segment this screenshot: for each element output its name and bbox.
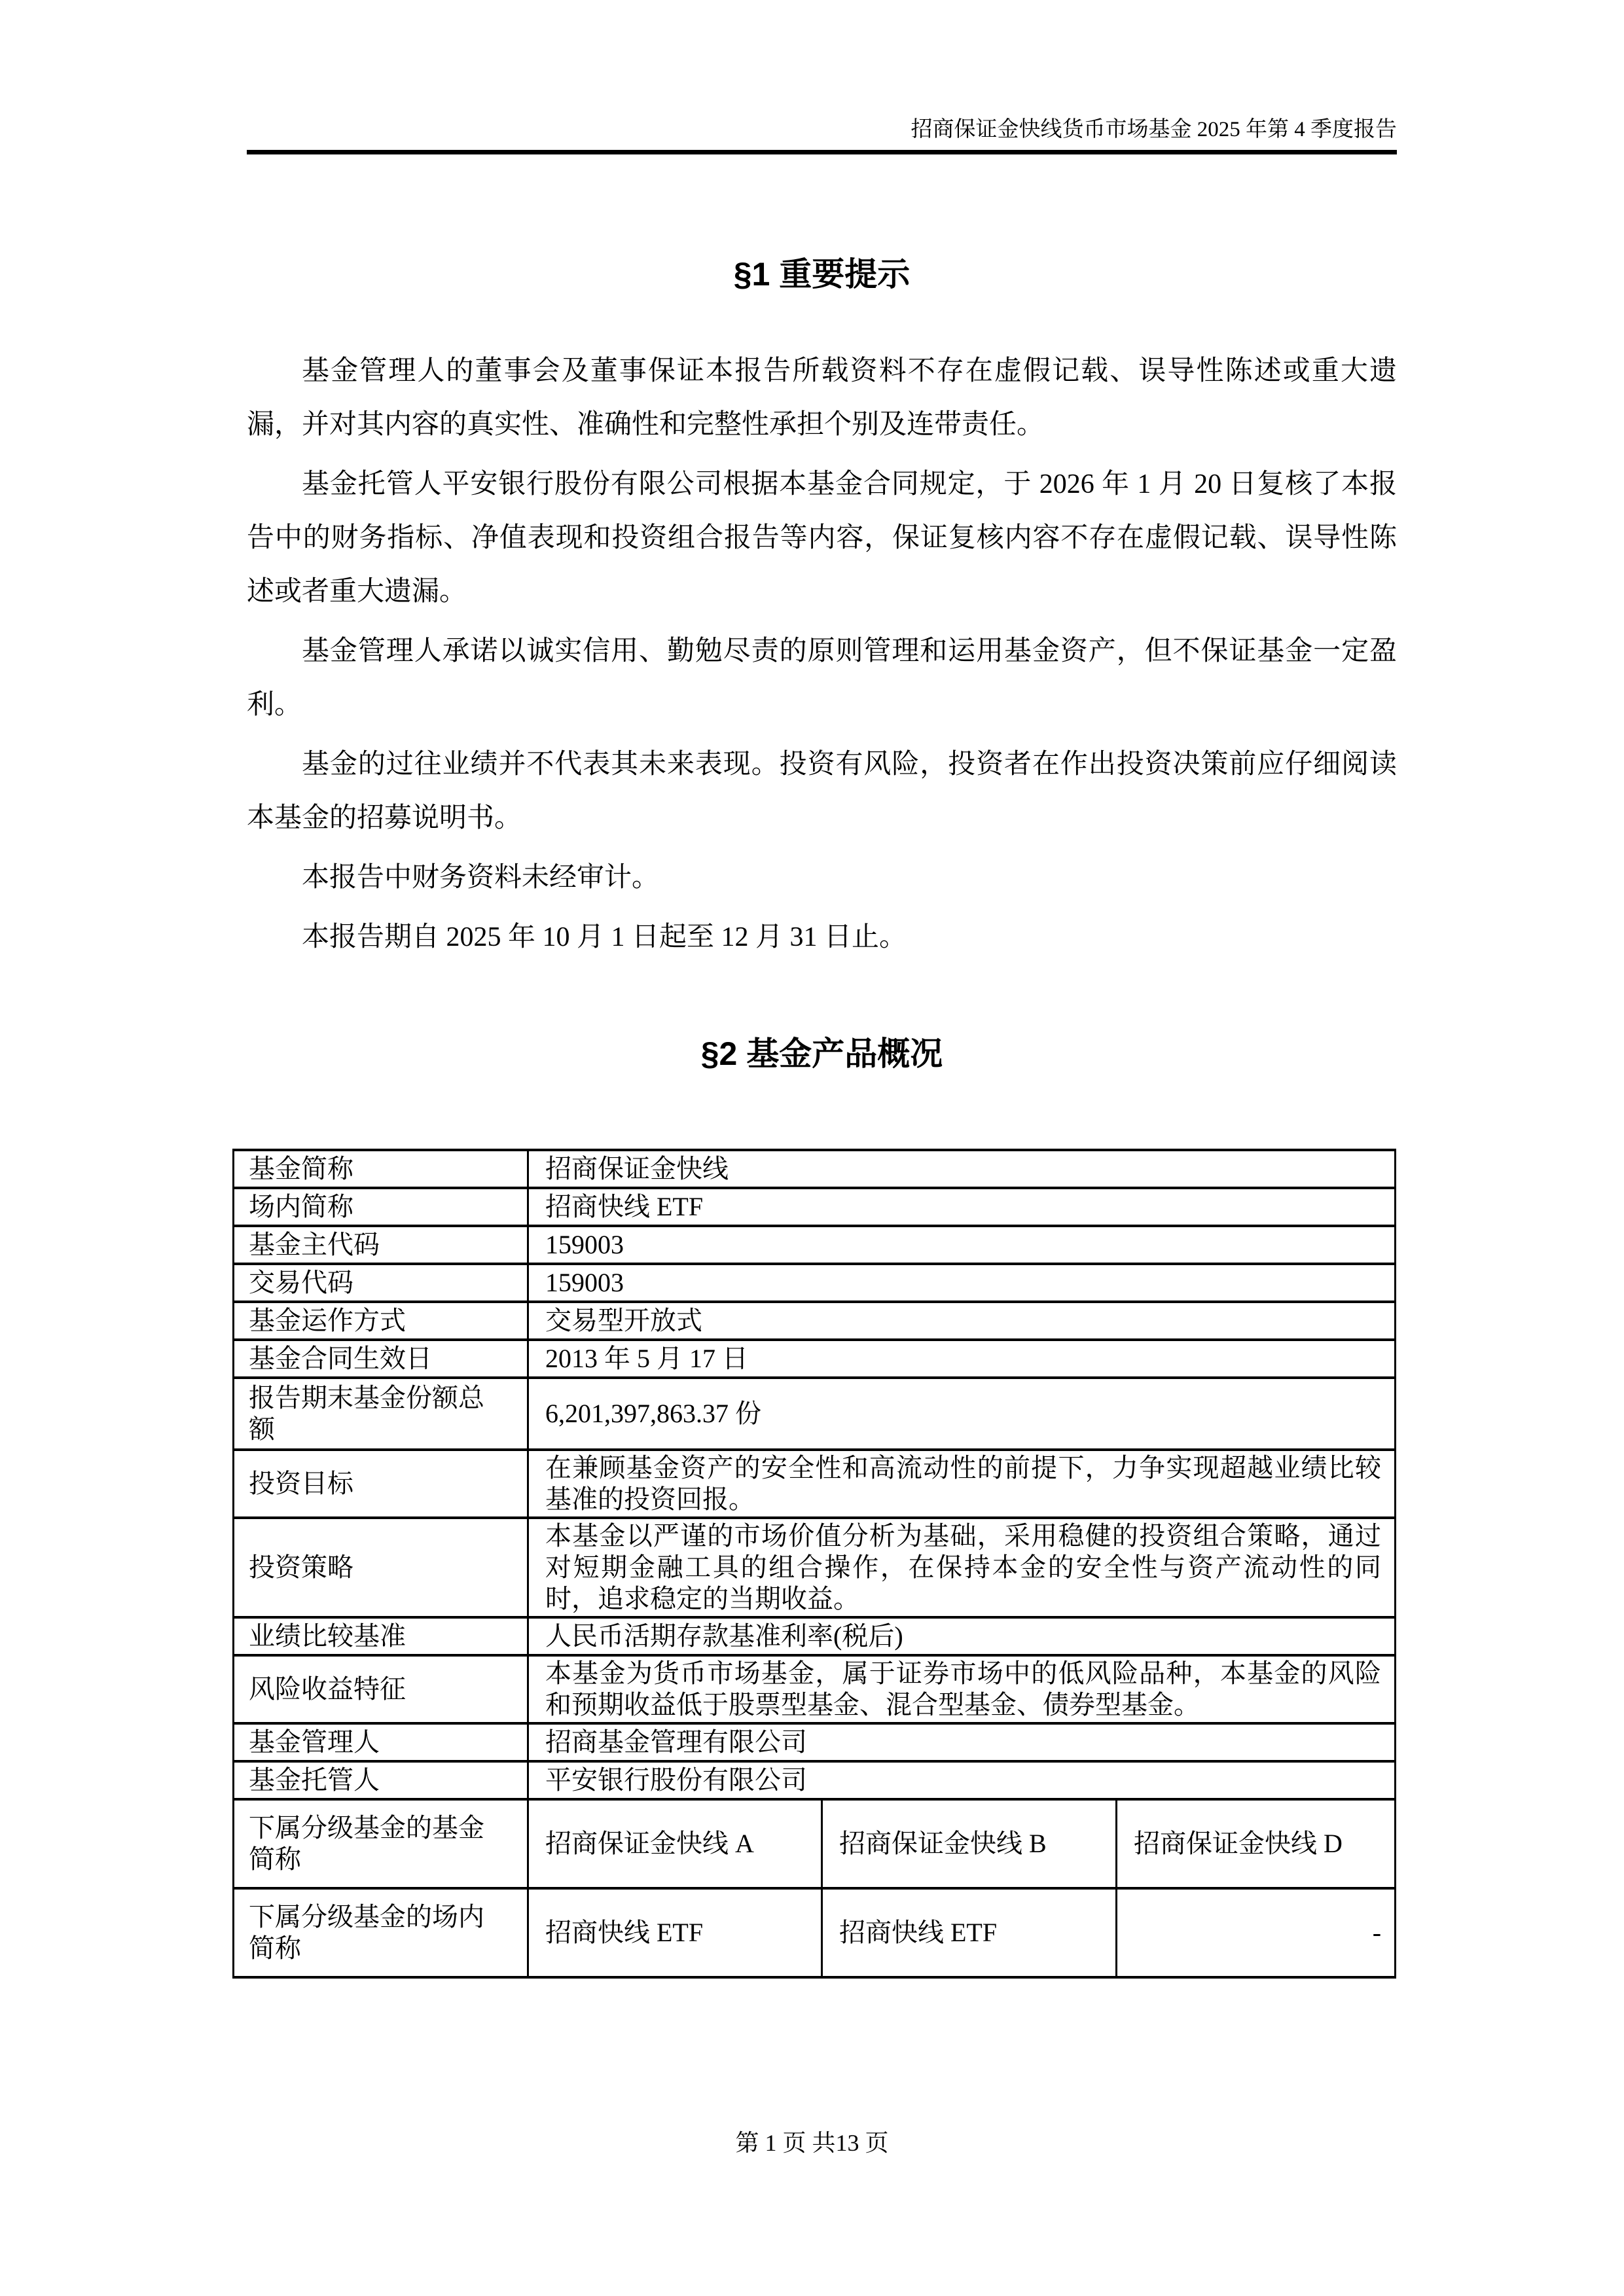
paragraph: 基金托管人平安银行股份有限公司根据本基金合同规定，于 2026 年 1 月 20… <box>247 457 1397 619</box>
paragraph: 基金管理人承诺以诚实信用、勤勉尽责的原则管理和运用基金资产，但不保证基金一定盈利… <box>247 624 1397 732</box>
table-row: 报告期末基金份额总额 6,201,397,863.37 份 <box>234 1378 1396 1450</box>
table-row: 基金运作方式 交易型开放式 <box>234 1302 1396 1340</box>
page-number: 第 1 页 共13 页 <box>735 2130 888 2156</box>
row-label: 投资策略 <box>234 1518 528 1617</box>
header-title: 招商保证金快线货币市场基金 2025 年第 4 季度报告 <box>911 118 1398 141</box>
row-value-a: 招商快线 ETF <box>528 1888 822 1977</box>
row-label: 下属分级基金的基金简称 <box>234 1799 528 1888</box>
row-label: 风险收益特征 <box>234 1655 528 1723</box>
row-value: 招商保证金快线 <box>528 1150 1396 1188</box>
header-rule <box>247 150 1397 154</box>
row-label: 基金主代码 <box>234 1226 528 1264</box>
row-label: 基金运作方式 <box>234 1302 528 1340</box>
table-row: 基金合同生效日 2013 年 5 月 17 日 <box>234 1340 1396 1378</box>
row-label: 下属分级基金的场内简称 <box>234 1888 528 1977</box>
row-value-b: 招商快线 ETF <box>822 1888 1117 1977</box>
table-row: 场内简称 招商快线 ETF <box>234 1188 1396 1226</box>
table-row: 基金托管人 平安银行股份有限公司 <box>234 1761 1396 1799</box>
table-row: 基金主代码 159003 <box>234 1226 1396 1264</box>
paragraph: 本报告期自 2025 年 10 月 1 日起至 12 月 31 日止。 <box>247 910 1397 964</box>
table-row: 投资策略 本基金以严谨的市场价值分析为基础，采用稳健的投资组合策略，通过对短期金… <box>234 1518 1396 1617</box>
row-value-b: 招商保证金快线 B <box>822 1799 1117 1888</box>
row-value: 6,201,397,863.37 份 <box>528 1378 1396 1450</box>
row-value: 本基金为货币市场基金，属于证券市场中的低风险品种，本基金的风险和预期收益低于股票… <box>528 1655 1396 1723</box>
row-label: 业绩比较基准 <box>234 1617 528 1655</box>
row-value: 159003 <box>528 1264 1396 1302</box>
table-row: 下属分级基金的基金简称 招商保证金快线 A 招商保证金快线 B 招商保证金快线 … <box>234 1799 1396 1888</box>
paragraph: 本报告中财务资料未经审计。 <box>247 851 1397 905</box>
page-footer: 第 1 页 共13 页 <box>0 2128 1624 2157</box>
table-row: 风险收益特征 本基金为货币市场基金，属于证券市场中的低风险品种，本基金的风险和预… <box>234 1655 1396 1723</box>
row-value: 在兼顾基金资产的安全性和高流动性的前提下，力争实现超越业绩比较基准的投资回报。 <box>528 1450 1396 1518</box>
row-value: 人民币活期存款基准利率(税后) <box>528 1617 1396 1655</box>
row-label: 场内简称 <box>234 1188 528 1226</box>
row-label: 基金托管人 <box>234 1761 528 1799</box>
row-value-a: 招商保证金快线 A <box>528 1799 822 1888</box>
row-label: 交易代码 <box>234 1264 528 1302</box>
page-content: §1 重要提示 基金管理人的董事会及董事保证本报告所载资料不存在虚假记载、误导性… <box>247 255 1397 1979</box>
row-value-d: 招商保证金快线 D <box>1117 1799 1396 1888</box>
section-1-title: §1 重要提示 <box>247 255 1397 293</box>
table-row: 交易代码 159003 <box>234 1264 1396 1302</box>
row-value: 平安银行股份有限公司 <box>528 1761 1396 1799</box>
row-value: 本基金以严谨的市场价值分析为基础，采用稳健的投资组合策略，通过对短期金融工具的组… <box>528 1518 1396 1617</box>
table-row: 下属分级基金的场内简称 招商快线 ETF 招商快线 ETF - <box>234 1888 1396 1977</box>
row-label: 基金合同生效日 <box>234 1340 528 1378</box>
table-row: 基金简称 招商保证金快线 <box>234 1150 1396 1188</box>
paragraph: 基金的过往业绩并不代表其未来表现。投资有风险，投资者在作出投资决策前应仔细阅读本… <box>247 738 1397 845</box>
row-value-d: - <box>1117 1888 1396 1977</box>
row-label: 投资目标 <box>234 1450 528 1518</box>
row-label: 基金管理人 <box>234 1723 528 1761</box>
table-row: 投资目标 在兼顾基金资产的安全性和高流动性的前提下，力争实现超越业绩比较基准的投… <box>234 1450 1396 1518</box>
row-value: 2013 年 5 月 17 日 <box>528 1340 1396 1378</box>
row-value: 招商基金管理有限公司 <box>528 1723 1396 1761</box>
table-row: 基金管理人 招商基金管理有限公司 <box>234 1723 1396 1761</box>
row-label: 基金简称 <box>234 1150 528 1188</box>
table-row: 业绩比较基准 人民币活期存款基准利率(税后) <box>234 1617 1396 1655</box>
fund-overview-table: 基金简称 招商保证金快线 场内简称 招商快线 ETF 基金主代码 159003 … <box>232 1149 1396 1979</box>
row-value: 交易型开放式 <box>528 1302 1396 1340</box>
row-value: 招商快线 ETF <box>528 1188 1396 1226</box>
report-page: 招商保证金快线货币市场基金 2025 年第 4 季度报告 §1 重要提示 基金管… <box>0 0 1624 2296</box>
paragraph: 基金管理人的董事会及董事保证本报告所载资料不存在虚假记载、误导性陈述或重大遗漏，… <box>247 344 1397 452</box>
row-value: 159003 <box>528 1226 1396 1264</box>
page-header: 招商保证金快线货币市场基金 2025 年第 4 季度报告 <box>247 117 1397 143</box>
row-label: 报告期末基金份额总额 <box>234 1378 528 1450</box>
section-2-title: §2 基金产品概况 <box>247 1035 1397 1073</box>
